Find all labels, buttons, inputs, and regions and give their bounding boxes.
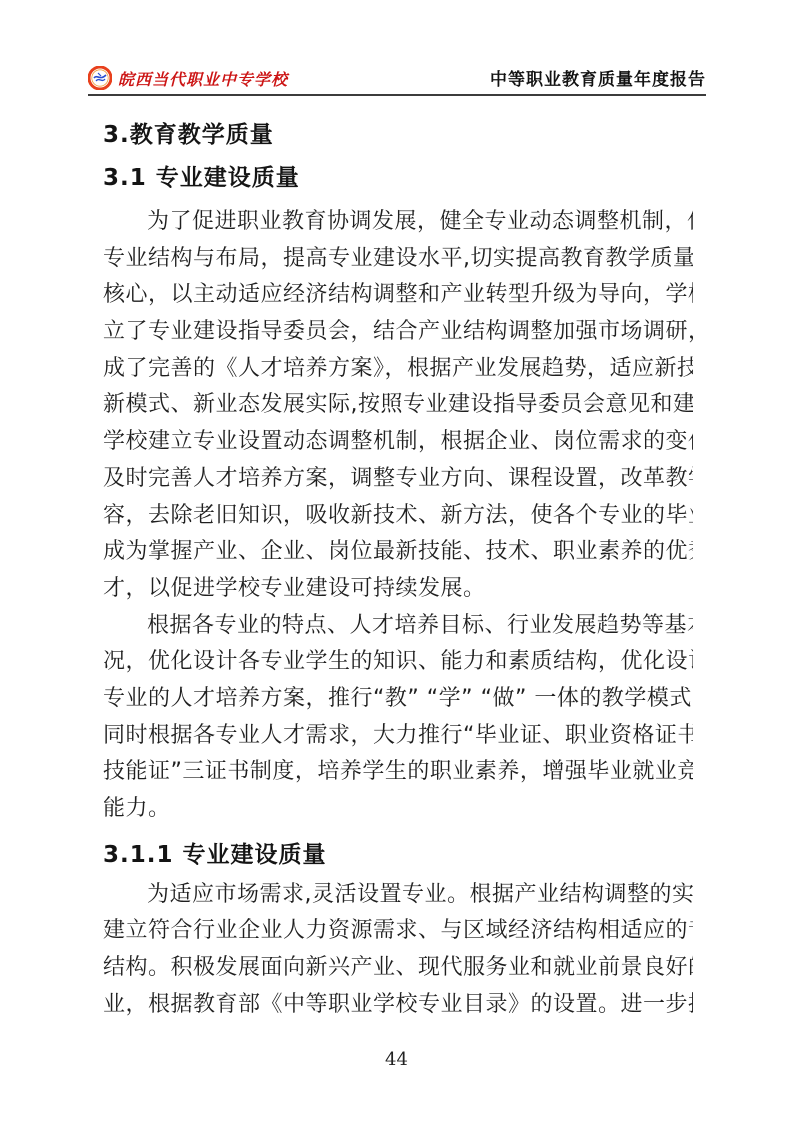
page-header: 皖西当代职业中专学校 中等职业教育质量年度报告	[88, 60, 706, 96]
text-line: 专业结构与布局，提高专业建设水平,切实提高教育教学质量为	[103, 241, 693, 278]
text-line: 新模式、新业态发展实际,按照专业建设指导委员会意见和建议，	[103, 387, 693, 424]
text-line: 立了专业建设指导委员会，结合产业结构调整加强市场调研，形	[103, 314, 693, 351]
paragraph-3: 为适应市场需求,灵活设置专业。根据产业结构调整的实际， 建立符合行业企业人力资源…	[103, 877, 693, 1024]
text-line: 结构。积极发展面向新兴产业、现代服务业和就业前景良好的专	[103, 950, 693, 987]
text-line: 专业的人才培养方案，推行“教” “学” “做” 一体的教学模式，	[103, 681, 693, 718]
page-number: 44	[385, 1049, 408, 1070]
text-line: 才，以促进学校专业建设可持续发展。	[103, 571, 693, 608]
section-heading: 3.教育教学质量	[103, 116, 693, 149]
text-line: 成了完善的《人才培养方案》，根据产业发展趋势，适应新技术、	[103, 351, 693, 388]
text-line: 能力。	[103, 791, 693, 828]
report-title: 中等职业教育质量年度报告	[490, 65, 706, 90]
text-line: 为适应市场需求,灵活设置专业。根据产业结构调整的实际，	[103, 877, 693, 914]
document-page: 皖西当代职业中专学校 中等职业教育质量年度报告 3.教育教学质量 3.1 专业建…	[0, 0, 793, 1122]
page-footer: 44	[0, 1049, 793, 1070]
text-line: 成为掌握产业、企业、岗位最新技能、技术、职业素养的优秀人	[103, 534, 693, 571]
text-line: 核心，以主动适应经济结构调整和产业转型升级为导向，学校成	[103, 277, 693, 314]
text-line: 容，去除老旧知识，吸收新技术、新方法，使各个专业的毕业生	[103, 498, 693, 535]
text-line: 况，优化设计各专业学生的知识、能力和素质结构，优化设计各	[103, 644, 693, 681]
subsubsection-heading: 3.1.1 专业建设质量	[103, 836, 693, 869]
text-line: 技能证”三证书制度，培养学生的职业素养，增强毕业就业竞争	[103, 754, 693, 791]
text-line: 学校建立专业设置动态调整机制，根据企业、岗位需求的变化，	[103, 424, 693, 461]
paragraph-1: 为了促进职业教育协调发展，健全专业动态调整机制，优化 专业结构与布局，提高专业建…	[103, 204, 693, 608]
subsection-heading: 3.1 专业建设质量	[103, 159, 693, 192]
header-left: 皖西当代职业中专学校	[88, 66, 288, 90]
text-line: 根据各专业的特点、人才培养目标、行业发展趋势等基本情	[103, 608, 693, 645]
document-content: 3.教育教学质量 3.1 专业建设质量 为了促进职业教育协调发展，健全专业动态调…	[103, 100, 693, 1023]
text-line: 为了促进职业教育协调发展，健全专业动态调整机制，优化	[103, 204, 693, 241]
paragraph-2: 根据各专业的特点、人才培养目标、行业发展趋势等基本情 况，优化设计各专业学生的知…	[103, 608, 693, 828]
school-name: 皖西当代职业中专学校	[118, 67, 288, 90]
text-line: 及时完善人才培养方案，调整专业方向、课程设置，改革教学内	[103, 461, 693, 498]
text-line: 建立符合行业企业人力资源需求、与区域经济结构相适应的专业	[103, 913, 693, 950]
school-badge-icon	[88, 66, 112, 90]
text-line: 同时根据各专业人才需求，大力推行“毕业证、职业资格证书和	[103, 718, 693, 755]
text-line: 业，根据教育部《中等职业学校专业目录》的设置。进一步拓展	[103, 987, 693, 1024]
